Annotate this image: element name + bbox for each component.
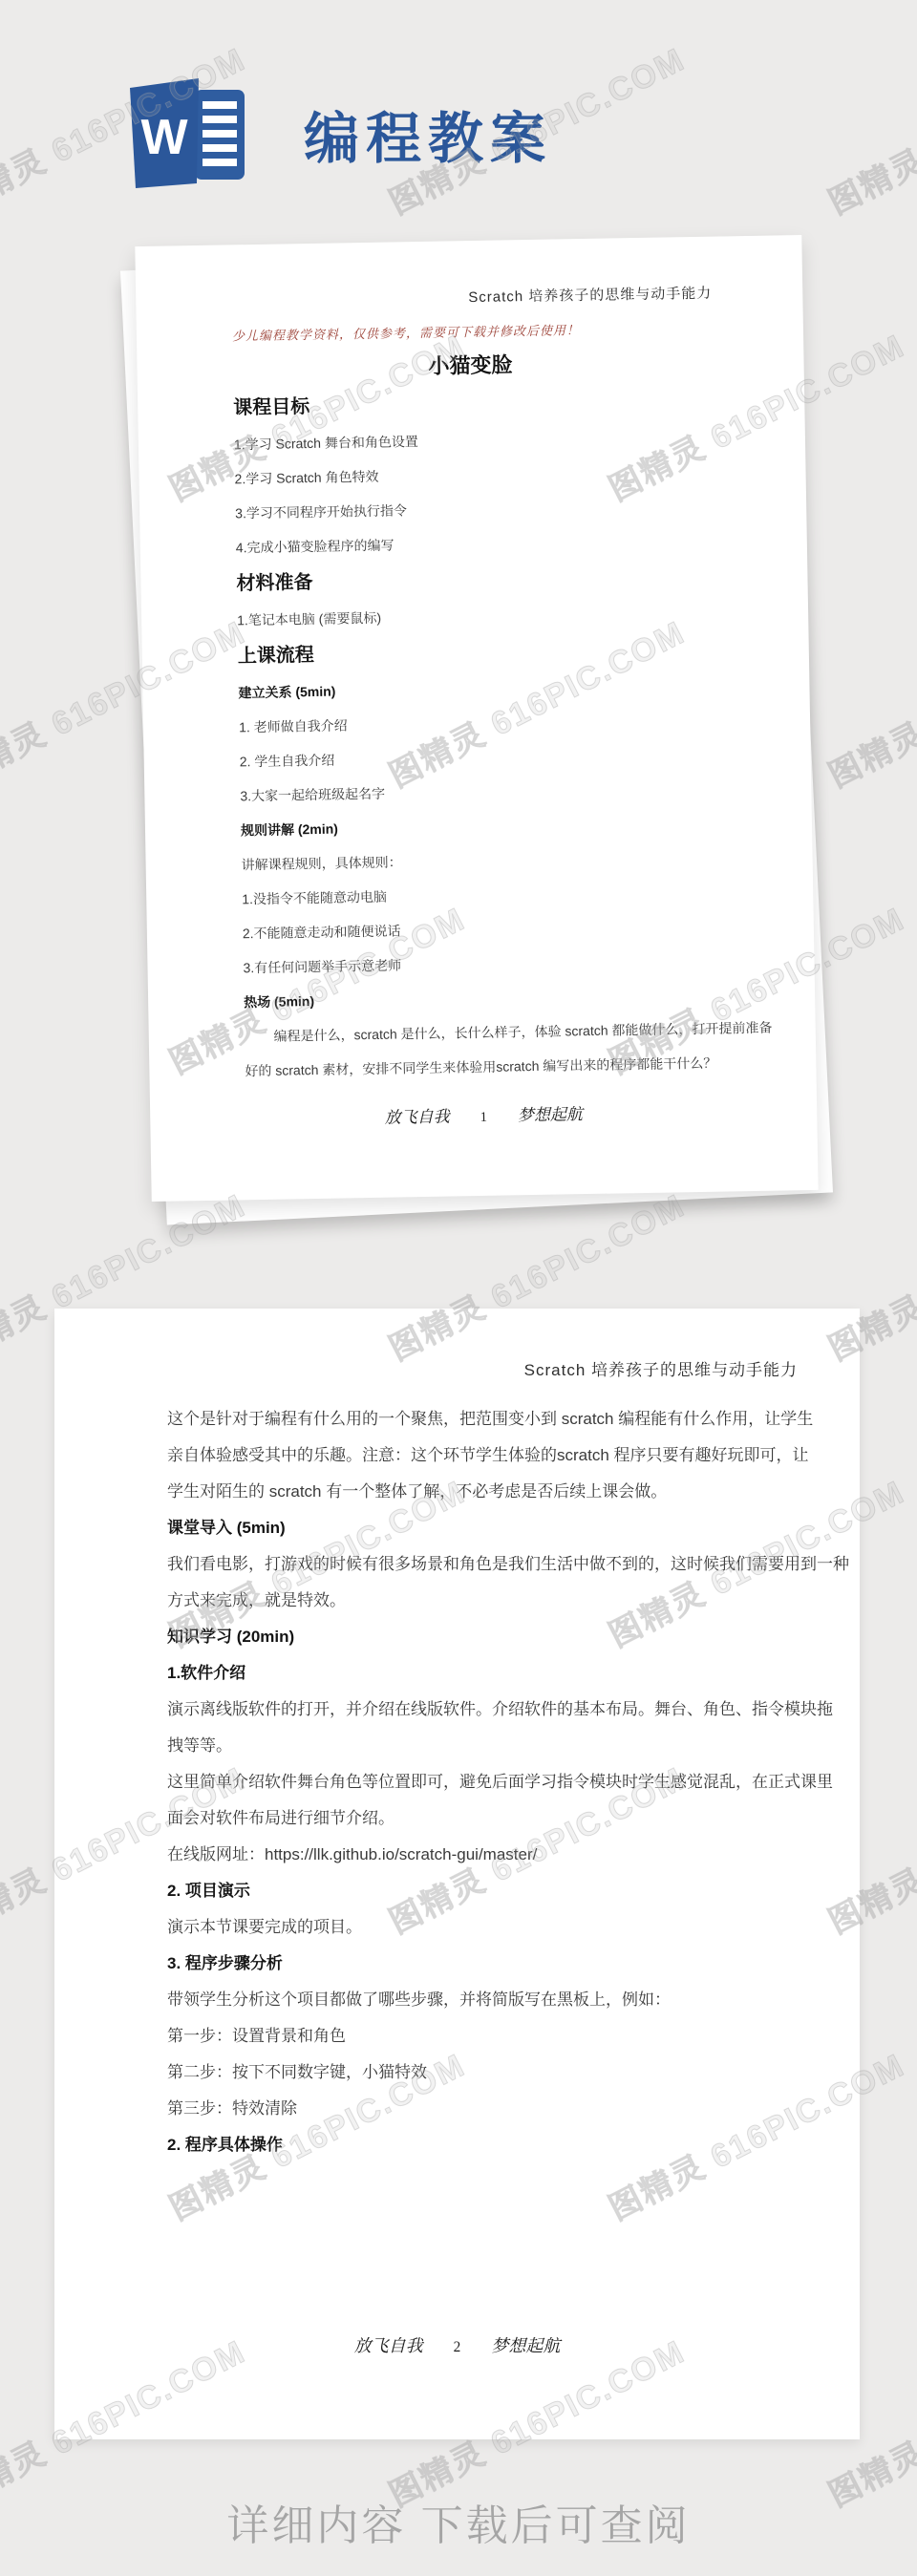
doc-line: 拽等等。 xyxy=(167,1728,802,1764)
page-title: 编程教案 xyxy=(304,94,552,174)
watermark-text: 图精灵 616PIC.COM xyxy=(819,607,917,797)
doc-line: 1.软件介绍 xyxy=(167,1655,802,1692)
doc-line: 第二步：按下不同数字键，小猫特效 xyxy=(167,2054,802,2091)
disclaimer-text: 少儿编程教学资料，仅供参考，需要可下载并修改后使用！ xyxy=(232,318,717,345)
footer-right: 梦想起航 xyxy=(518,1105,583,1124)
footer-right: 梦想起航 xyxy=(491,2336,560,2355)
page2-body: 这个是针对于编程有什么用的一个聚焦，把范围变小到 scratch 编程能有什么作… xyxy=(54,1401,860,2163)
footer-left: 放飞自我 xyxy=(385,1108,450,1127)
doc-title: 小猫变脸 xyxy=(137,344,803,385)
doc-line: 面会对软件布局进行细节介绍。 xyxy=(167,1800,802,1837)
bottom-caption: 详细内容 下载后可查阅 xyxy=(0,2491,917,2552)
doc-line: 这里简单介绍软件舞台角色等位置即可，避免后面学习指令模块时学生感觉混乱，在正式课… xyxy=(167,1764,802,1800)
footer-page-number: 2 xyxy=(454,2339,461,2355)
word-logo-icon: W xyxy=(126,76,250,191)
svg-text:W: W xyxy=(140,110,188,165)
page-footer: 放飞自我2梦想起航 xyxy=(54,2332,860,2357)
doc-header: Scratch 培养孩子的思维与动手能力 xyxy=(54,1356,860,1380)
doc-line: 演示本节课要完成的项目。 xyxy=(167,1909,802,1946)
doc-line: 在线版网址：https://llk.github.io/scratch-gui/… xyxy=(167,1837,802,1873)
doc-line: 3. 程序步骤分析 xyxy=(167,1946,802,1982)
doc-line: 知识学习 (20min) xyxy=(167,1619,802,1655)
document-page-1: Scratch 培养孩子的思维与动手能力 少儿编程教学资料，仅供参考，需要可下载… xyxy=(135,235,818,1202)
doc-line: 好的 scratch 素材，安排不同学生来体验用scratch 编写出来的程序都… xyxy=(245,1045,733,1088)
doc-line: 学生对陌生的 scratch 有一个整体了解，不必考虑是否后续上课会做。 xyxy=(167,1474,802,1510)
doc-line: 课堂导入 (5min) xyxy=(167,1510,802,1546)
doc-line: 2. 程序具体操作 xyxy=(167,2127,802,2163)
doc-line: 第一步：设置背景和角色 xyxy=(167,2018,802,2054)
footer-page-number: 1 xyxy=(480,1110,487,1125)
document-page-2: Scratch 培养孩子的思维与动手能力 这个是针对于编程有什么用的一个聚焦，把… xyxy=(54,1309,860,2439)
preview-canvas: W 编程教案 Scratch 培养孩子的思维与动手能力 少儿编程教学资料，仅供参… xyxy=(0,0,917,2576)
doc-line: 亲自体验感受其中的乐趣。注意：这个环节学生体验的scratch 程序只要有趣好玩… xyxy=(167,1437,802,1474)
doc-line: 这个是针对于编程有什么用的一个聚焦，把范围变小到 scratch 编程能有什么作… xyxy=(167,1401,802,1437)
doc-line: 带领学生分析这个项目都做了哪些步骤，并将简版写在黑板上，例如： xyxy=(167,1982,802,2018)
doc-line: 演示离线版软件的打开，并介绍在线版软件。介绍软件的基本布局。舞台、角色、指令模块… xyxy=(167,1692,802,1728)
doc-header: Scratch 培养孩子的思维与动手能力 xyxy=(136,281,802,312)
doc-line: 第三步：特效清除 xyxy=(167,2091,802,2127)
page-footer: 放飞自我1梦想起航 xyxy=(150,1096,817,1132)
doc-line: 2. 项目演示 xyxy=(167,1873,802,1909)
footer-left: 放飞自我 xyxy=(354,2336,423,2355)
watermark-text: 图精灵 616PIC.COM xyxy=(819,33,917,224)
doc-line: 我们看电影，打游戏的时候有很多场景和角色是我们生活中做不到的，这时候我们需要用到… xyxy=(167,1546,802,1583)
doc-line: 方式来完成，就是特效。 xyxy=(167,1583,802,1619)
page1-body: 课程目标1.学习 Scratch 舞台和角色设置2.学习 Scratch 角色特… xyxy=(138,379,817,1090)
